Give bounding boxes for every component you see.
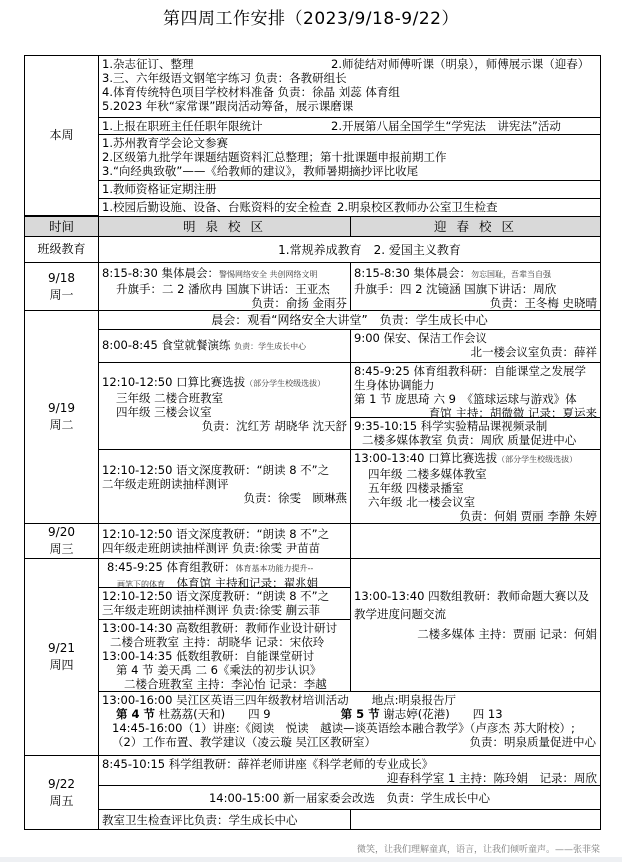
event-time-title: 13:00-16:00 吴江区英语三四年级教材培训活动 地点:明泉报告厅 [102, 693, 597, 707]
event-time-title: 12:10-12:50 口算比赛选拔 [102, 375, 245, 389]
header-time-text: 时间 [49, 220, 74, 234]
event-detail: 四年级 二楼多媒体教室 [354, 467, 597, 481]
item: 2.开展第八届全国学生“学宪法 讲宪法”活动 [331, 119, 561, 133]
fri-shared-1: 8:45-10:15 科学组教研：薛祥老师讲座《科学老师的专业成长》 迎春科学室… [98, 755, 601, 786]
event-detail: 六年级 北一楼会议室 [354, 495, 597, 509]
event-note: （部分学生校级选拔） [497, 455, 577, 464]
item: 2.明泉校区教师办公室卫生检查 [337, 200, 497, 214]
item: 3.“向经典致敬”——《给教师的建议》，教师暑期摘抄评比收尾 [102, 164, 597, 178]
event-owner: 二楼多媒体 主持：贾丽 记录：何娟 [354, 625, 597, 643]
event-time-title: 12:10-12:50 语文深度教研：“朗读 8 不”之 [102, 527, 347, 541]
tue-yingchun-2: 8:45-9:25 体育组教科研：自能课堂之发展学 生身体协调能力 第 1 节 … [350, 362, 601, 418]
event-text: 晨会：观看“网络安全大讲堂” 负责：学生成长中心 [211, 313, 487, 327]
class-edu-label: 班级教育 [24, 236, 99, 263]
event-detail: 教学进度问题交流 [354, 605, 597, 623]
header-campus-yingchun: 迎 春 校 区 [350, 216, 601, 237]
day-label-mon: 9/18周一 [24, 262, 99, 311]
tue-yingchun-4: 13:00-13:40 口算比赛选拔（部分学生校级选拔） 四年级 二楼多媒体教室… [350, 449, 601, 524]
event-owner: 负责：明泉质量促进中心 [470, 735, 597, 749]
event-time-title: 12:10-12:50 语文深度教研：“朗读 8 不”之 [102, 463, 347, 477]
event-detail: 生身体协调能力 [354, 378, 597, 392]
event-theme: 体育基本功能力提升-- [235, 564, 313, 573]
event-time-title: 8:00-8:45 食堂就餐演练 [102, 338, 234, 352]
item: 1.上报在职班主任任职年限统计 [102, 119, 262, 133]
date: 9/18 [48, 270, 75, 287]
tue-yingchun-1: 9:00 保安、保洁工作会议 北一楼会议室负责：薛祥 [350, 329, 601, 363]
day-label-thu: 9/21周四 [24, 558, 99, 756]
item-text: 2.师徒结对师傅听课（明泉），师傅展示课（迎春） [331, 57, 589, 71]
tue-mingquan-2: 12:10-12:50 口算比赛选拔（部分学生校级选拔） 三年级 二楼合班教室 … [98, 362, 351, 450]
tue-shared: 晨会：观看“网络安全大讲堂” 负责：学生成长中心 [98, 310, 601, 330]
fri-yingchun-3 [350, 809, 601, 830]
class-edu-text: 1.常规养成教育 2. 爱国主义教育 [278, 243, 461, 257]
weekday: 周四 [49, 657, 73, 674]
event-time-title: 8:45-10:15 科学组教研：薛祥老师讲座《科学老师的专业成长》 [102, 757, 597, 771]
event-time-title: 8:45-9:25 体育组教研： [107, 560, 235, 574]
item: 2.区级第九批学年课题结题资料汇总整理；第十批课题申报前期工作 [102, 150, 597, 164]
event-owner: 负责：沈红芳 胡晓华 沈天舒 [102, 419, 347, 433]
page-title: 第四周工作安排（2023/9/18-9/22） [0, 4, 622, 29]
header-campus-mingquan: 明 泉 校 区 [98, 216, 351, 237]
event-owner: 负责：王冬梅 史晓晴 [354, 296, 597, 310]
event-detail: 14:45-16:00（1）讲座:《阅读 悦读 越读—谈英语绘本融合教学》（卢彦… [102, 721, 597, 735]
tue-mingquan-1: 8:00-8:45 食堂就餐演练 负责：学生成长中心 [98, 329, 351, 363]
this-week-label: 本周 [24, 55, 99, 216]
event-time-title: 12:10-12:50 语文深度教研：“朗读 8 不”之 [102, 589, 347, 603]
event-owner: 二楼多媒体教室 负责：周欣 质量促进中心 [354, 433, 597, 447]
event-detail: 三年级走班朗读抽样测评 负责:徐雯 蒯云菲 [102, 603, 347, 617]
event-time-title: 13:00-14:30 高数组教研：教师作业设计研讨 [102, 621, 347, 635]
period-detail: 杜荔荔(天和) 四 9 [155, 707, 271, 721]
event-detail: 二楼合班教室 主持：李沁怡 记录：李越 [102, 677, 347, 691]
date: 9/20 [48, 524, 75, 541]
event-detail: 升旗手：二 2 潘欣冉 国旗下讲话：王亚杰 [102, 282, 347, 296]
this-week-block-3: 1.苏州教育学会论文参赛 2.区级第九批学年课题结题资料汇总整理；第十批课题申报… [98, 134, 601, 181]
class-edu-content: 1.常规养成教育 2. 爱国主义教育 [98, 236, 601, 263]
event-time-title: 8:45-9:25 体育组教科研：自能课堂之发展学 [354, 364, 597, 378]
item: 4.体育传统特色项目学校材料准备 负责：徐晶 刘蕊 体育组 [102, 85, 597, 99]
thu-mingquan-2: 12:10-12:50 语文深度教研：“朗读 8 不”之 三年级走班朗读抽样测评… [98, 587, 351, 620]
event-text: 教室卫生检查评比负责：学生成长中心 [102, 813, 298, 827]
thu-yingchun-1: 13:00-13:40 四数组教研：教师命题大赛以及 教学进度问题交流 二楼多媒… [350, 558, 601, 692]
event-time-title: 9:35-10:15 科学实验精品课视频录制 [354, 419, 597, 433]
this-week-block-4: 1.教师资格证定期注册 [98, 180, 601, 199]
header-time: 时间 [24, 216, 99, 237]
event-text: 14:00-15:00 新一届家委会改选 负责：学生成长中心 [209, 791, 490, 805]
this-week-block-5: 1.校园后勤设施、设备、台账资料的安全检查2.明泉校区教师办公室卫生检查 [98, 198, 601, 217]
item: 1.杂志征订、整理2.师徒结对师傅听课（明泉），师傅展示课（迎春） [102, 57, 597, 71]
event-detail: 升旗手：四 2 沈镜涵 国旗下讲话：周欣 [354, 282, 597, 296]
period-label: 第 4 节 [116, 707, 155, 721]
item-text: 1.杂志征订、整理 [102, 57, 193, 71]
item: 5.2023 年秋“家常课”跟岗活动筹备，展示课磨课 [102, 99, 597, 113]
event-detail: 二年级走班朗读抽样测评 [102, 477, 347, 491]
item: 1.教师资格证定期注册 [102, 182, 216, 196]
event-owner: 北一楼会议室负责：薛祥 [354, 345, 597, 359]
fri-mingquan-3: 教室卫生检查评比负责：学生成长中心 [98, 809, 351, 830]
weekday: 周五 [49, 793, 73, 810]
wed-yingchun [350, 523, 601, 559]
event-detail: 三年级 二楼合班教室 [102, 391, 347, 405]
event-detail: 四年级走班朗读抽样测评 负责:徐雯 尹苗苗 [102, 541, 347, 555]
day-label-fri: 9/22周五 [24, 755, 99, 830]
weekday: 周二 [49, 417, 73, 434]
day-label-wed: 9/20周三 [24, 523, 99, 559]
item: 1.苏州教育学会论文参赛 [102, 136, 597, 150]
event-detail: （2）工作布置、教学建议（凌云璇 吴江区教研室） [112, 735, 376, 749]
mon-yingchun: 8:15-8:30 集体晨会：勿忘国耻，吾辈当自强 升旗手：四 2 沈镜涵 国旗… [350, 262, 601, 311]
event-time-title: 8:15-8:30 集体晨会： [354, 266, 471, 280]
event-detail: 二楼合班教室 主持：胡晓华 记录：宋依玲 [102, 635, 347, 649]
wed-mingquan: 12:10-12:50 语文深度教研：“朗读 8 不”之 四年级走班朗读抽样测评… [98, 523, 351, 559]
event-time-title: 8:15-8:30 集体晨会： [102, 266, 219, 280]
thu-shared: 13:00-16:00 吴江区英语三四年级教材培训活动 地点:明泉报告厅 第 4… [98, 691, 601, 756]
fri-shared-2: 14:00-15:00 新一届家委会改选 负责：学生成长中心 [98, 785, 601, 810]
this-week-label-text: 本周 [49, 127, 73, 144]
event-owner: 负责：俞扬 金雨芬 [102, 296, 347, 310]
event-detail: 第 4 节 姜天禹 二 6《乘法的初步认识》 [102, 663, 347, 677]
thu-mingquan-3: 13:00-14:30 高数组教研：教师作业设计研讨 二楼合班教室 主持：胡晓华… [98, 619, 351, 692]
this-week-block-2: 1.上报在职班主任任职年限统计2.开展第八届全国学生“学宪法 讲宪法”活动 [98, 117, 601, 135]
bottom-bar [0, 857, 622, 862]
event-time-title: 9:00 保安、保洁工作会议 [354, 331, 597, 345]
header-campus-b-text: 迎 春 校 区 [434, 220, 517, 234]
item: 3.三、六年级语文钢笔字练习 负责：各教研组长 [102, 71, 597, 85]
date: 9/22 [48, 776, 75, 793]
event-time-title: 13:00-14:35 低数组教研：自能课堂研讨 [102, 649, 347, 663]
tue-yingchun-3: 9:35-10:15 科学实验精品课视频录制 二楼多媒体教室 负责：周欣 质量促… [350, 417, 601, 450]
event-owner: 负责：徐雯 顾琳燕 [102, 491, 347, 505]
date: 9/19 [48, 400, 75, 417]
weekday: 周一 [49, 287, 73, 304]
event-detail: 四年级 三楼会议室 [102, 405, 347, 419]
thu-mingquan-1: 8:45-9:25 体育组教研：体育基本功能力提升-- 画笔下的体育 体育馆 主… [98, 558, 351, 588]
event-detail: 第 1 节 庞思琦 六 9 《篮球运球与游戏》体 [354, 392, 597, 406]
item: 1.校园后勤设施、设备、台账资料的安全检查 [102, 200, 331, 214]
tue-mingquan-3: 12:10-12:50 语文深度教研：“朗读 8 不”之 二年级走班朗读抽样测评… [98, 449, 351, 524]
date: 9/21 [48, 640, 75, 657]
event-theme: 勿忘国耻，吾辈当自强 [471, 270, 551, 279]
footer-quote: 微笑，让我们理解童真，语言，让我们倾听童声。——张菲棠 [250, 842, 600, 855]
class-edu-label-text: 班级教育 [37, 241, 85, 258]
event-detail: 五年级 四楼录播室 [354, 481, 597, 495]
event-time-title: 13:00-13:40 四数组教研：教师命题大赛以及 [354, 587, 597, 605]
event-owner: 负责：学生成长中心 [234, 342, 306, 351]
mon-mingquan: 8:15-8:30 集体晨会：警惕网络安全 共创网络文明 升旗手：二 2 潘欣冉… [98, 262, 351, 311]
period-detail: 谢志婷(花港) 四 13 [380, 707, 503, 721]
weekday: 周三 [49, 541, 73, 558]
this-week-block-1: 1.杂志征订、整理2.师徒结对师傅听课（明泉），师傅展示课（迎春） 3.三、六年… [98, 55, 601, 118]
event-note: （部分学生校级选拔） [245, 379, 325, 388]
event-time-title: 13:00-13:40 口算比赛选拔 [354, 451, 497, 465]
period-label: 第 5 节 [341, 707, 380, 721]
header-campus-a-text: 明 泉 校 区 [183, 220, 266, 234]
day-label-tue: 9/19周二 [24, 310, 99, 524]
event-owner: 负责：何娟 贾丽 李静 朱婷 [354, 509, 597, 523]
event-theme: 警惕网络安全 共创网络文明 [219, 270, 318, 279]
event-owner: 迎春科学室 1 主持：陈玲娟 记录：周欣 [102, 771, 597, 785]
